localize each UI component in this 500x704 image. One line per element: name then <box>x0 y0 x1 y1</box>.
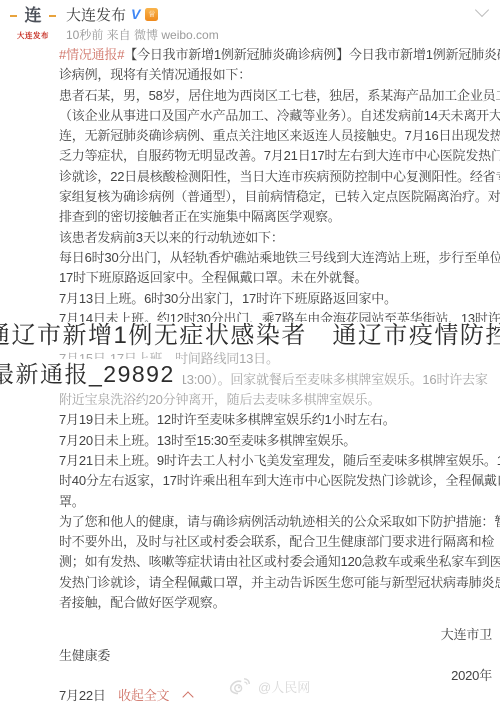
username[interactable]: 大连发布 <box>66 4 126 25</box>
post-text-line: 7月13日上班。6时30分出家门，17时许下班原路返回家中。 <box>59 289 492 309</box>
post-text-line: 患者石某，男，58岁，居住地为西岗区工七巷，独居，系某海产品加工企业员工 <box>59 86 492 106</box>
post-text-line: 每日6时30分出门，从轻轨香炉礁站乘地铁三号线到大连湾站上班，步行至单位。 <box>59 248 492 268</box>
overlay-headline-line1: 通辽市新增1例无症状感染者 通辽市疫情防控 <box>0 322 500 350</box>
post-text-line: 者接触，配合做好医学观察。 <box>59 593 492 613</box>
avatar[interactable]: 连 大连发布 <box>10 3 56 41</box>
post-text-line: 附近宝泉洗浴约20分钟离开，随后去麦味多棋牌室娱乐。 <box>59 390 492 410</box>
post-text-line: 家组复核为确诊病例（普通型），目前病情稳定，已转入定点医院隔离治疗。对 <box>59 187 492 207</box>
post-text-line: 诊就诊，22日晨核酸检测阳性，当日大连市疾病预防控制中心复测阳性。经省专 <box>59 167 492 187</box>
watermark-handle: @人民网 <box>258 677 310 696</box>
post-text-line: 7月21日未上班。9时许去工人村小飞美发室理发，随后至麦味多棋牌室娱乐。12 <box>59 451 492 471</box>
username-row: 大连发布 V ♕ <box>66 5 158 23</box>
avatar-logo-caption: 大连发布 <box>10 30 56 41</box>
post-text-line: 7月19日未上班。12时许至麦味多棋牌室娱乐约1小时左右。 <box>59 410 492 430</box>
post-text-line: 大连市卫 <box>59 625 492 645</box>
post-text-line: 乏力等症状，自服药物无明显改善。7月21日17时左右到大连市中心医院发热门 <box>59 146 492 166</box>
post-text-line <box>59 613 492 625</box>
post-text-line: 7月20日未上班。13时至15:30至麦味多棋牌室娱乐。 <box>59 431 492 451</box>
collapse-full-text-link[interactable]: 收起全文 <box>118 688 169 703</box>
chevron-down-icon[interactable] <box>475 3 489 17</box>
hashtag-link[interactable]: #情况通报# <box>59 47 124 62</box>
avatar-logo-mark: 连 <box>10 3 56 28</box>
post-date: 7月22日 <box>59 688 106 703</box>
verified-icon: V <box>131 6 140 22</box>
post-text-line: 罩。 <box>59 492 492 512</box>
post-text-line: 诊病例，现将有关情况通报如下： <box>59 65 492 85</box>
post-text-line: 发热门诊就诊，请全程佩戴口罩，并主动告诉医生您可能与新型冠状病毒肺炎患 <box>59 573 492 593</box>
post-text-line: 17时下班原路返回家中。全程佩戴口罩。未在外就餐。 <box>59 268 492 288</box>
post-text-line: 生健康委 <box>59 646 492 666</box>
post-text-line: #情况通报#【今日我市新增1例新冠肺炎确诊病例】今日我市新增1例新冠肺炎确 <box>59 45 492 65</box>
post-meta: 10秒前 来自 微博 weibo.com <box>66 26 219 43</box>
caret-up-icon[interactable] <box>182 692 193 703</box>
overlay-headline-line2: 最新通报_29892 <box>0 359 183 390</box>
watermark: @人民网 <box>228 676 310 696</box>
weibo-post-card: 连 大连发布 大连发布 V ♕ 10秒前 来自 微博 weibo.com #情况… <box>0 0 500 704</box>
membership-icon: ♕ <box>145 8 158 21</box>
post-text-line: 连，无新冠肺炎确诊病例、重点关注地区来返连人员接触史。7月16日出现发热、 <box>59 126 492 146</box>
post-text-line: 时40分左右返家，17时许乘出租车到大连市中心医院发热门诊就诊，全程佩戴口 <box>59 471 492 491</box>
post-text-line: 测；如有发热、咳嗽等症状请由社区或村委会通知120急救车或乘坐私家车到医院 <box>59 552 492 572</box>
post-text-line: 该患者发病前3天以来的行动轨迹如下： <box>59 228 492 248</box>
post-text-line: 时不要外出，及时与社区或村委会联系，配合卫生健康部门要求进行隔离和检 <box>59 532 492 552</box>
post-text-line: （该企业从事进口及国产水产品加工、冷藏等业务）。自述发病前14天未离开大 <box>59 106 492 126</box>
post-text-line: 排查到的密切接触者正在实施集中隔离医学观察。 <box>59 207 492 227</box>
weibo-watermark-icon <box>228 676 252 696</box>
post-text-line: 为了您和他人的健康，请与确诊病例活动轨迹相关的公众采取如下防护措施：暂 <box>59 512 492 532</box>
